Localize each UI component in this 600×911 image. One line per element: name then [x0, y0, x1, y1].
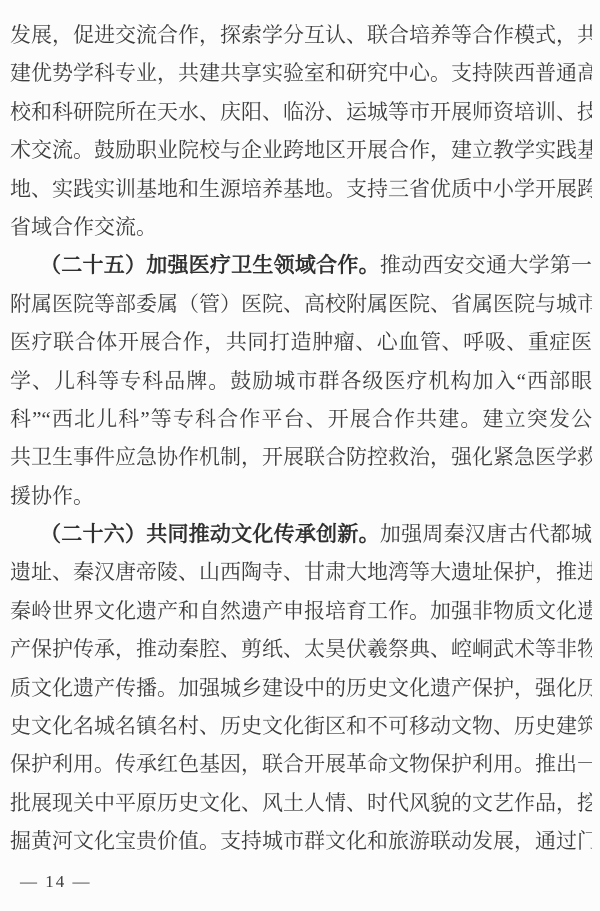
text-line: 省域合作交流。: [10, 208, 592, 246]
text-line: 产保护传承，推动秦腔、剪纸、太昊伏羲祭典、崆峒武术等非物: [10, 630, 592, 668]
text-line: 遗址、秦汉唐帝陵、山西陶寺、甘肃大地湾等大遗址保护，推进: [10, 553, 592, 591]
text-line: 附属医院等部委属（管）医院、高校附属医院、省属医院与城市: [10, 285, 592, 323]
text-line: 科”“西北儿科”等专科合作平台、开展合作共建。建立突发公: [10, 400, 592, 438]
paragraph-section-25: （二十五）加强医疗卫生领域合作。推动西安交通大学第一 附属医院等部委属（管）医院…: [10, 246, 592, 515]
text-line: 术交流。鼓励职业院校与企业跨地区开展合作，建立教学实践基: [10, 131, 592, 169]
text-line: 掘黄河文化宝贵价值。支持城市群文化和旅游联动发展，通过门: [10, 822, 592, 860]
text-line: 建优势学科专业，共建共享实验室和研究中心。支持陕西普通高: [10, 54, 592, 92]
text-line: 批展现关中平原历史文化、风土人情、时代风貌的文艺作品，挖: [10, 784, 592, 822]
text-line: 共卫生事件应急协作机制，开展联合防控救治，强化紧急医学救: [10, 438, 592, 476]
document-body: 发展，促进交流合作，探索学分互认、联合培养等合作模式，共 建优势学科专业，共建共…: [10, 16, 592, 861]
text-line: 学、儿科等专科品牌。鼓励城市群各级医疗机构加入“西部眼: [10, 362, 592, 400]
paragraph-continuation: 发展，促进交流合作，探索学分互认、联合培养等合作模式，共 建优势学科专业，共建共…: [10, 16, 592, 246]
text-line: 保护利用。传承红色基因，联合开展革命文物保护利用。推出一: [10, 745, 592, 783]
text-line-heading: （二十六）共同推动文化传承创新。加强周秦汉唐古代都城: [10, 515, 592, 553]
text-line-heading: （二十五）加强医疗卫生领域合作。推动西安交通大学第一: [10, 246, 592, 284]
section-25-heading: （二十五）加强医疗卫生领域合作。: [40, 253, 380, 277]
text-line: 地、实践实训基地和生源培养基地。支持三省优质中小学开展跨: [10, 170, 592, 208]
text-line: 医疗联合体开展合作，共同打造肿瘤、心血管、呼吸、重症医: [10, 323, 592, 361]
text-line: 史文化名城名镇名村、历史文化街区和不可移动文物、历史建筑: [10, 707, 592, 745]
section-26-heading-tail: 加强周秦汉唐古代都城: [380, 522, 592, 546]
document-page: 发展，促进交流合作，探索学分互认、联合培养等合作模式，共 建优势学科专业，共建共…: [0, 0, 600, 911]
section-26-heading: （二十六）共同推动文化传承创新。: [40, 522, 380, 546]
text-line: 援协作。: [10, 477, 592, 515]
section-25-heading-tail: 推动西安交通大学第一: [380, 253, 592, 277]
text-line: 秦岭世界文化遗产和自然遗产申报培育工作。加强非物质文化遗: [10, 592, 592, 630]
page-number: — 14 —: [20, 872, 92, 892]
text-line: 质文化遗产传播。加强城乡建设中的历史文化遗产保护，强化历: [10, 669, 592, 707]
paragraph-section-26: （二十六）共同推动文化传承创新。加强周秦汉唐古代都城 遗址、秦汉唐帝陵、山西陶寺…: [10, 515, 592, 861]
text-line: 校和科研院所在天水、庆阳、临汾、运城等市开展师资培训、技: [10, 93, 592, 131]
text-line: 发展，促进交流合作，探索学分互认、联合培养等合作模式，共: [10, 16, 592, 54]
